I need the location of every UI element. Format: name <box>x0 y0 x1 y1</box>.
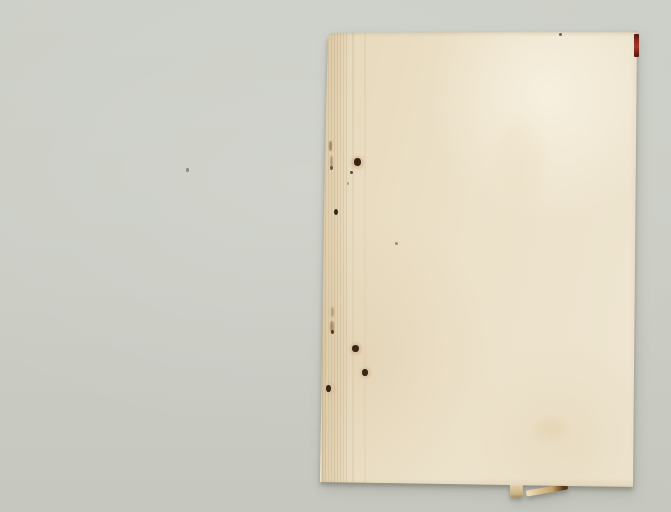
faint-stain <box>498 118 542 202</box>
stitched-spine-edge <box>319 31 349 488</box>
page-edge-shading <box>319 31 638 488</box>
worm-hole <box>334 209 338 215</box>
ink-smudge <box>329 141 332 151</box>
photo-stage <box>0 0 671 512</box>
ink-smudge <box>331 307 334 317</box>
red-binding-mark <box>634 34 639 57</box>
worm-hole <box>352 345 359 352</box>
ink-dot <box>347 182 349 185</box>
ink-dot <box>350 171 353 174</box>
cover-crease <box>352 31 354 488</box>
worm-hole <box>354 158 361 166</box>
dust-speck <box>395 242 398 245</box>
booklet-cover <box>319 31 638 488</box>
cover-crease <box>364 31 366 488</box>
worm-hole <box>362 369 368 376</box>
ink-dot <box>331 330 334 334</box>
ink-dot <box>330 166 333 170</box>
worm-hole <box>326 385 331 392</box>
dust-speck <box>186 168 189 172</box>
edge-speck <box>559 33 562 36</box>
faint-stain <box>534 418 566 440</box>
booklet-shadow-wrapper <box>0 0 671 512</box>
